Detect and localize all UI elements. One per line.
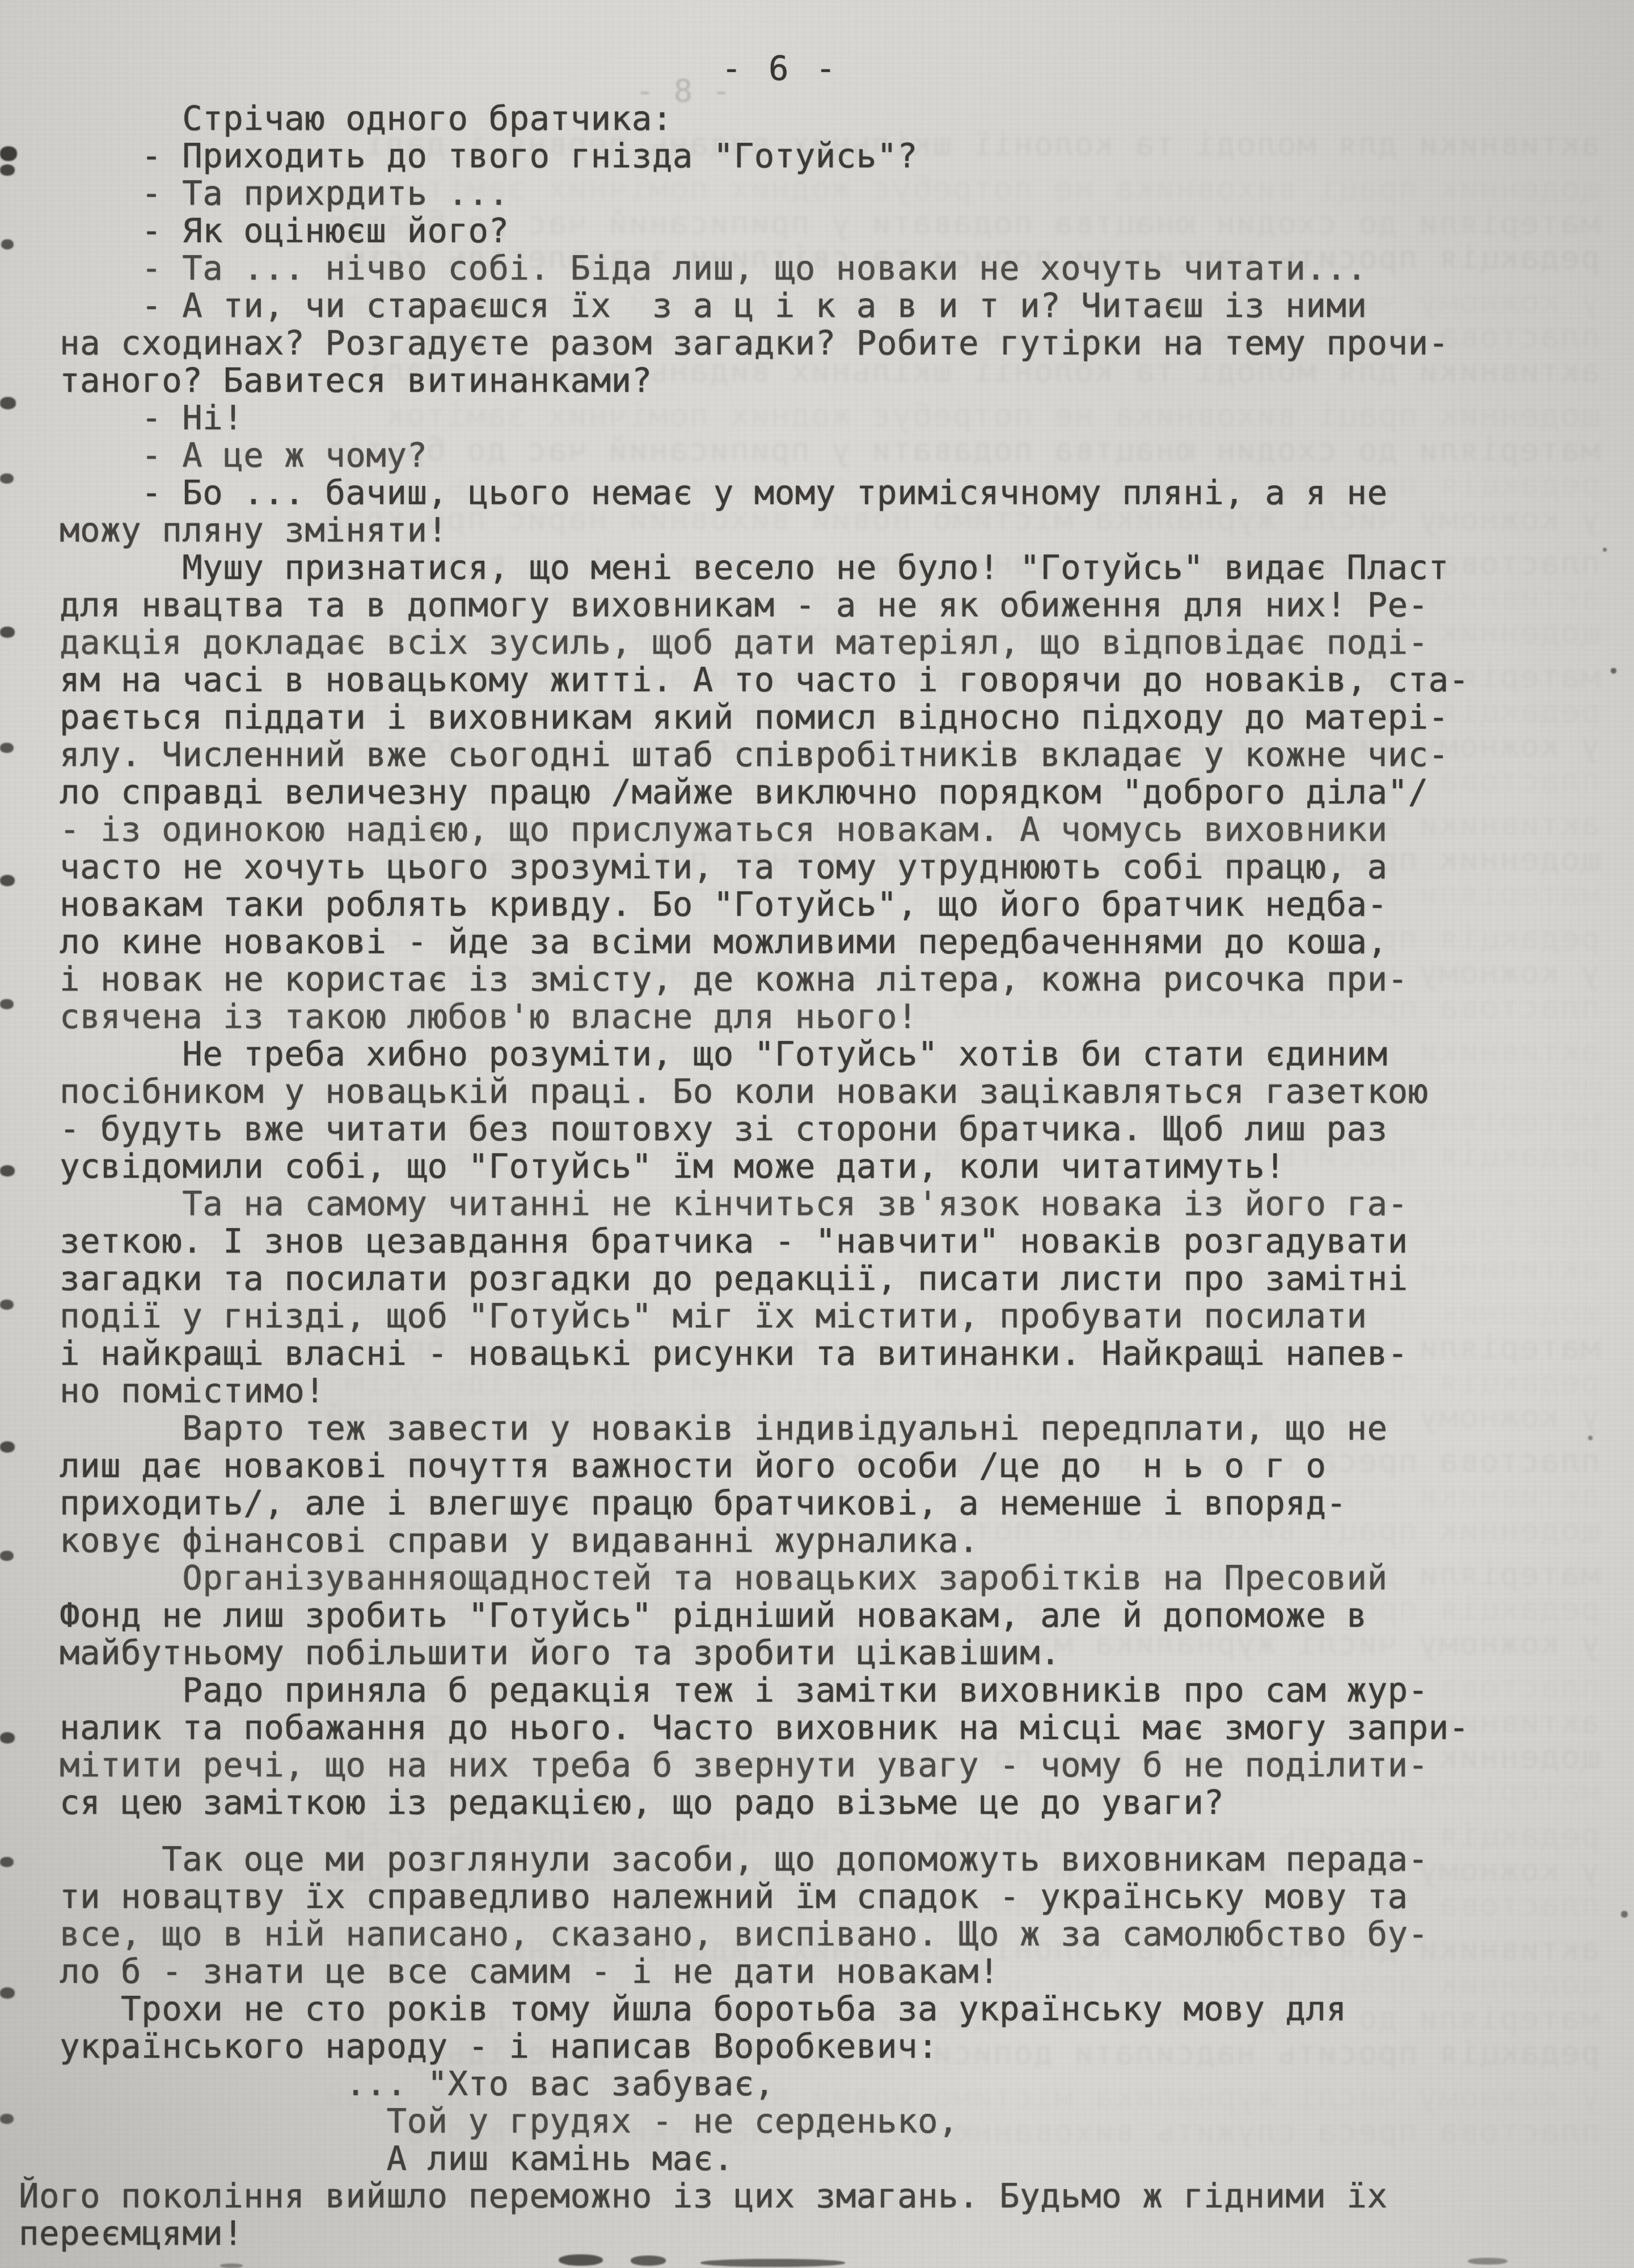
scan-speck <box>0 473 14 484</box>
scan-speck <box>0 1987 15 1999</box>
typewritten-line: налик та побажання до нього. Часто вихов… <box>19 1709 1470 1746</box>
scan-speck <box>631 2256 666 2266</box>
typewritten-line <box>19 1821 1470 1840</box>
typewritten-line: ся цею заміткою із редакцією, що радо ві… <box>19 1784 1470 1821</box>
typewritten-line: мітити речі, що на них треба б звернути … <box>19 1746 1470 1784</box>
typewritten-line: Мушу признатися, що мені весело не було!… <box>19 549 1470 586</box>
scan-speck <box>1588 1436 1593 1440</box>
typewritten-line: - А це ж чому? <box>19 437 1470 474</box>
scan-speck <box>0 627 15 638</box>
scan-speck <box>1621 1911 1628 1918</box>
scan-speck <box>0 1165 15 1177</box>
typewritten-line: зеткою. І знов цезавдання братчика - "на… <box>19 1222 1470 1260</box>
typewritten-line: для нвацтва та в допмогу виховникам - а … <box>19 586 1470 624</box>
scan-speck <box>0 1732 15 1744</box>
typewritten-line: і найкращі власні - новацькі рисунки та … <box>19 1335 1470 1372</box>
scan-speck <box>559 2254 603 2266</box>
scan-speck <box>0 1300 14 1310</box>
scan-speck <box>0 743 14 753</box>
typewritten-line: переємцями! <box>19 2215 1470 2252</box>
typewritten-line: рається піддати і виховникам який помисл… <box>19 699 1470 736</box>
typewritten-line: А лиш камінь має. <box>19 2140 1470 2177</box>
typewritten-line: Трохи не сто років тому йшла боротьба за… <box>19 1990 1470 2028</box>
scan-speck <box>0 1857 14 1867</box>
typewritten-line: - Та ... нічво собі. Біда лиш, що новаки… <box>19 249 1470 287</box>
typewritten-line: ло справді величезну працю /майже виключ… <box>19 773 1470 811</box>
typewritten-line: - Приходить до твого гнізда "Готуйсь"? <box>19 137 1470 175</box>
typewritten-line: усвідомили собі, що "Готуйсь" їм може да… <box>19 1148 1470 1185</box>
scan-speck <box>0 397 16 409</box>
typewritten-line: Його покоління вийшло переможно із цих з… <box>19 2177 1470 2215</box>
scan-speck <box>0 1551 14 1561</box>
scan-speck <box>700 2259 845 2267</box>
typewritten-line: на сходинах? Розгадуєте разом загадки? Р… <box>19 324 1470 362</box>
scan-speck <box>220 2263 243 2268</box>
typewritten-line: приходить/, але і влегшує працю братчико… <box>19 1484 1470 1522</box>
typewritten-line: - Та прихрдить ... <box>19 175 1470 212</box>
typewritten-line: - Бо ... бачиш, цього немає у мому тримі… <box>19 474 1470 511</box>
typewritten-line: Радо приняла б редакція теж і замітки ви… <box>19 1672 1470 1709</box>
scan-speck <box>0 146 17 161</box>
typewritten-line: ти новацтву їх справедливо належний їм с… <box>19 1878 1470 1915</box>
typewritten-line: - А ти, чи стараєшся їх з а ц і к а в и … <box>19 287 1470 324</box>
typewritten-line: Той у грудях - не серденько, <box>19 2102 1470 2140</box>
typewritten-line: Стрічаю одного братчика: <box>19 100 1470 137</box>
scan-speck <box>1611 668 1616 674</box>
typewritten-line: Фонд не лиш зробить "Готуйсь" рідніший н… <box>19 1597 1470 1634</box>
scanned-typewritten-page: активники для молоді та колонії шкільних… <box>0 0 1634 2268</box>
scan-speck <box>0 2114 14 2124</box>
typewritten-line: майбутньому побільшити його та зробити ц… <box>19 1634 1470 1672</box>
typewritten-line: ям на часі в новацькому житті. А то част… <box>19 661 1470 699</box>
typewritten-line: і новак не користає із змісту, де кожна … <box>19 960 1470 998</box>
typewritten-line: Не треба хибно розуміти, що "Готуйсь" хо… <box>19 1035 1470 1073</box>
typewritten-line: ло кине новакові - йде за всіми можливим… <box>19 923 1470 960</box>
typewritten-text-block: Стрічаю одного братчика: - Приходить до … <box>19 100 1470 2252</box>
typewritten-line: ло б - знати це все самим - і не дати но… <box>19 1953 1470 1990</box>
typewritten-line: Варто теж завести у новаків індивідуальн… <box>19 1410 1470 1447</box>
typewritten-line: - із одинокою надією, що прислужаться но… <box>19 811 1470 848</box>
typewritten-line: Так оце ми розглянули засоби, що допомож… <box>19 1840 1470 1878</box>
typewritten-line: дакція докладає всіх зусиль, щоб дати ма… <box>19 624 1470 661</box>
typewritten-line: загадки та посилати розгадки до редакції… <box>19 1260 1470 1297</box>
typewritten-line: Та на самому читанні не кінчиться зв'язо… <box>19 1185 1470 1222</box>
typewritten-line: посібником у новацькій праці. Бо коли но… <box>19 1073 1470 1110</box>
scan-speck <box>0 1441 15 1453</box>
typewritten-line: - Ні! <box>19 399 1470 437</box>
typewritten-line: таного? Бавитеся витинанками? <box>19 362 1470 399</box>
typewritten-line: часто не хочуть цього зрозуміти, та тому… <box>19 848 1470 886</box>
scan-speck <box>1468 2258 1508 2265</box>
typewritten-line: новакам таки роблять кривду. Бо "Готуйсь… <box>19 886 1470 923</box>
typewritten-line: Організуванняощадностей та новацьких зар… <box>19 1559 1470 1597</box>
scan-speck <box>1603 548 1607 552</box>
scan-speck <box>1 239 14 249</box>
scan-speck <box>0 875 15 886</box>
typewritten-line: ковує фінансові справи у видаванні журна… <box>19 1522 1470 1559</box>
scan-speck <box>0 164 15 176</box>
typewritten-line: - будуть вже читати без поштовху зі стор… <box>19 1110 1470 1148</box>
typewritten-line: ... "Хто вас забуває, <box>19 2065 1470 2102</box>
typewritten-line: можу пляну зміняти! <box>19 511 1470 549</box>
typewritten-line: українського народу - і написав Воробкев… <box>19 2028 1470 2065</box>
typewritten-line: лиш дає новакові почуття важности його о… <box>19 1447 1470 1484</box>
typewritten-line: події у гнізді, щоб "Готуйсь" міг їх міс… <box>19 1297 1470 1335</box>
typewritten-line: - Як оцінюєш його? <box>19 212 1470 249</box>
typewritten-line: но помістимо! <box>19 1372 1470 1410</box>
typewritten-line: свячена із такою любов'ю власне для ньог… <box>19 998 1470 1035</box>
scan-speck <box>0 999 14 1009</box>
typewritten-line: ялу. Численний вже сьогодні штаб співроб… <box>19 736 1470 773</box>
typewritten-line: все, що в ній написано, сказано, виспіва… <box>19 1915 1470 1953</box>
page-number: - 6 - <box>721 49 839 88</box>
